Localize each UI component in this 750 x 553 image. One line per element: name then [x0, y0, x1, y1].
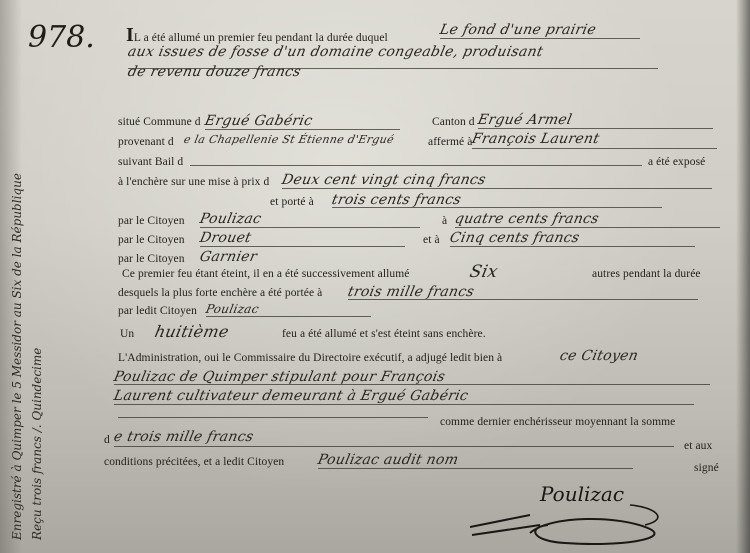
successive-line3: par ledit Citoyen [118, 305, 197, 317]
signe-label: signé [694, 462, 719, 474]
bidder-1-amount: quatre cents francs [453, 211, 600, 227]
adjudication-line4: comme dernier enchérisseur moyennant la … [440, 416, 675, 428]
rule [472, 148, 717, 149]
rule [440, 38, 640, 39]
commune-value: Ergué Gabéric [203, 113, 314, 129]
rule [205, 129, 400, 130]
rule [114, 384, 710, 385]
highest-bid: trois mille francs [346, 284, 475, 300]
bidder-2-name: Drouet [198, 230, 252, 246]
lot-number: 978. [28, 20, 95, 55]
rule [455, 227, 720, 228]
provenant-label: provenant d [118, 136, 174, 148]
bail-label: suivant Bail d [118, 156, 183, 168]
intro-text: L a été allumé un premier feu pendant la… [134, 32, 388, 44]
adjudication-line1: L'Administration, oui le Commissaire du … [118, 352, 502, 364]
bidder-1-amount-label: à [442, 215, 447, 227]
adjudication-hand3: Laurent cultivateur demeurant à Ergué Ga… [112, 388, 470, 404]
mise-label: à l'enchère sur une mise à prix d [118, 176, 269, 188]
expose-label: a été exposé [648, 156, 705, 168]
commune-label: situé Commune d [118, 116, 201, 128]
sum-prefix: d [104, 434, 110, 446]
successive-line1: Ce premier feu étant éteint, il en a été… [122, 268, 410, 280]
last-fire-prefix: Un [120, 328, 134, 340]
porte-label: et porté à [270, 196, 314, 208]
bidder-3-name: Garnier [198, 249, 258, 265]
intro-hand-line1: Le fond d'une prairie [438, 22, 597, 38]
bidder-1-label: par le Citoyen [118, 215, 185, 227]
adjudication-hand1: ce Citoyen [558, 348, 639, 364]
sum-value: e trois mille francs [112, 429, 255, 445]
signature-flourish-icon [470, 495, 680, 545]
conditions-text: conditions précitées, et a ledit Citoyen [104, 456, 284, 468]
porte-value: trois cents francs [330, 192, 462, 208]
highest-bidder: Poulizac [205, 302, 261, 316]
conditions-hand: Poulizac audit nom [316, 452, 460, 468]
rule [200, 227, 420, 228]
canton-label: Canton d [432, 116, 475, 128]
rule [206, 316, 371, 317]
rule [282, 188, 712, 189]
rule [114, 446, 674, 447]
rule [114, 404, 694, 405]
intro-hand-line3: de revenu douze francs [126, 64, 302, 80]
rule [128, 68, 658, 69]
successive-line2: desquels la plus forte enchère a été por… [118, 287, 322, 299]
dropcap: I [126, 24, 134, 46]
canton-value: Ergué Armel [476, 112, 573, 128]
last-fire-suffix: feu a été allumé et s'est éteint sans en… [282, 328, 486, 340]
bail-blank-line [190, 165, 642, 166]
rule [332, 207, 662, 208]
successive-line1-suffix: autres pendant la durée [592, 268, 701, 280]
last-fire-value: huitième [153, 322, 231, 341]
fire-count: Six [468, 262, 500, 282]
rule [200, 246, 405, 247]
margin-note-fee: Reçu trois francs /. Quindecime [30, 348, 44, 540]
afferme-label: affermé à [428, 136, 472, 148]
bidder-2-label: par le Citoyen [118, 234, 185, 246]
afferme-value: François Laurent [470, 131, 601, 147]
mise-value: Deux cent vingt cinq francs [280, 172, 487, 188]
rule [118, 417, 428, 418]
bidder-2-amount: Cinq cents francs [448, 230, 581, 246]
adjudication-hand2: Poulizac de Quimper stipulant pour Franç… [112, 369, 446, 385]
provenant-value: e la Chapellenie St Étienne d'Ergué [183, 133, 396, 146]
intro-hand-line2: aux issues de fosse d'un domaine congeab… [126, 44, 544, 60]
rule [450, 246, 695, 247]
rule [478, 128, 713, 129]
margin-note-registration: Enregistré à Quimper le 5 Messidor au Si… [10, 173, 24, 540]
rule [318, 468, 633, 469]
bidder-2-amount-label: et à [423, 234, 440, 246]
sum-suffix: et aux [684, 440, 712, 452]
bidder-3-label: par le Citoyen [118, 253, 185, 265]
bidder-1-name: Poulizac [198, 211, 263, 227]
rule [348, 299, 698, 300]
